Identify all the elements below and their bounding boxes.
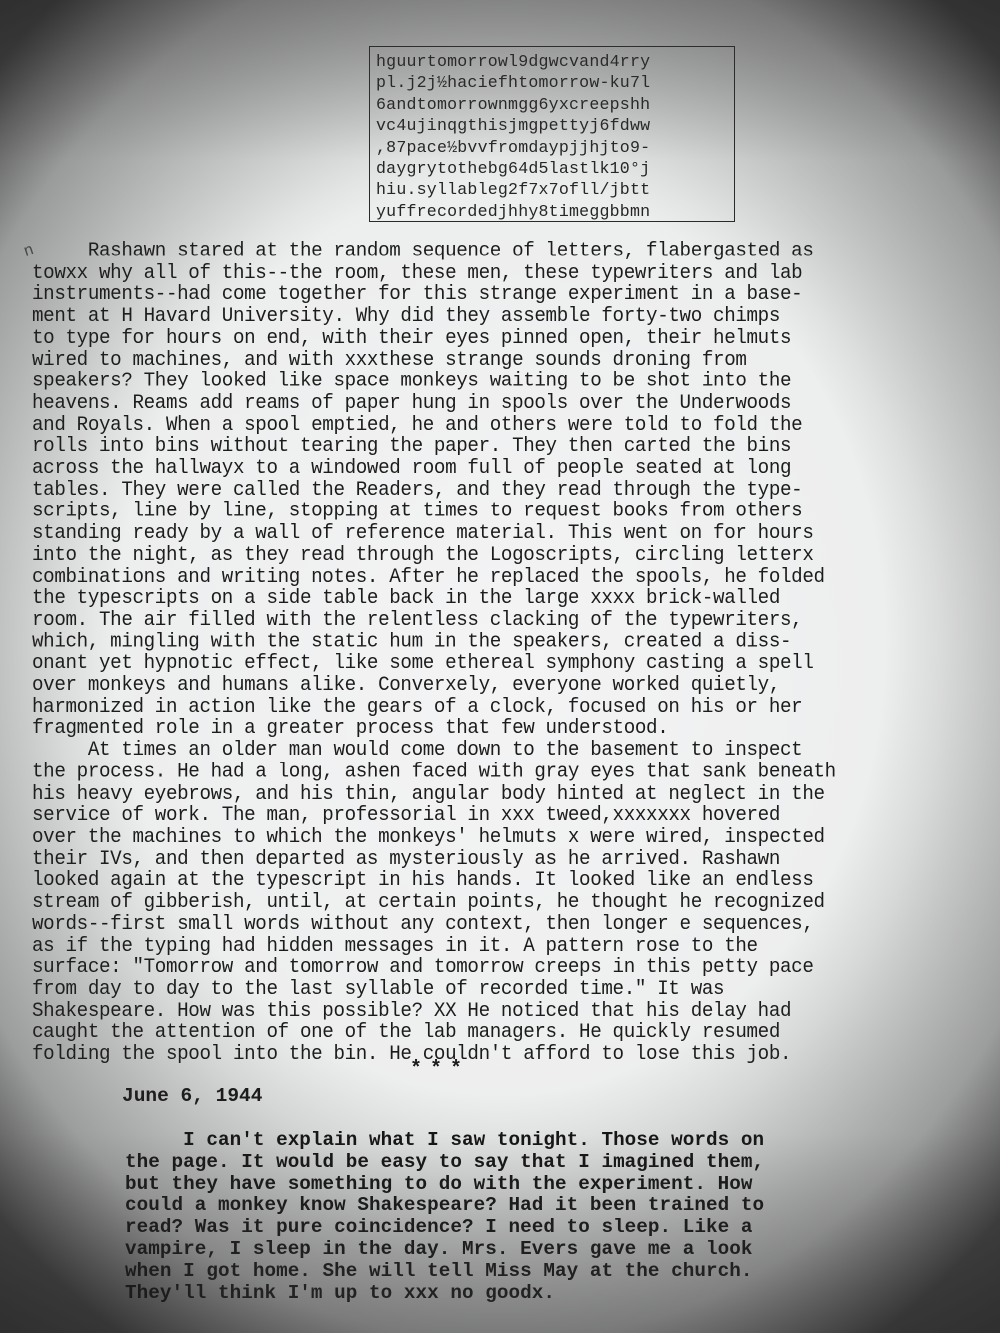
- body-text-line: wired to machines, and with xxxthese str…: [32, 349, 972, 372]
- diary-text-line: could a monkey know Shakespeare? Had it …: [125, 1195, 885, 1217]
- diary-text-line: but they have something to do with the e…: [125, 1174, 885, 1196]
- body-text-line: over monkeys and humans alike. Converxel…: [32, 674, 972, 697]
- body-text-line: from day to day to the last syllable of …: [32, 978, 972, 1001]
- body-text-line: surface: "Tomorrow and tomorrow and tomo…: [32, 956, 972, 979]
- diary-text-line: I can't explain what I saw tonight. Thos…: [125, 1130, 885, 1152]
- body-text-line: At times an older man would come down to…: [32, 739, 972, 762]
- body-text-line: his heavy eyebrows, and his thin, angula…: [32, 783, 972, 806]
- body-text-line: caught the attention of one of the lab m…: [32, 1021, 972, 1044]
- gibberish-typescript-box: hguurtomorrowl9dgwcvand4rry pl.j2j½hacie…: [369, 46, 735, 222]
- gibberish-line: hiu.syllableg2f7x7ofll/jbtt: [376, 179, 734, 200]
- diary-entry: I can't explain what I saw tonight. Thos…: [125, 1130, 885, 1304]
- body-text-line: the typescripts on a side table back in …: [32, 587, 972, 610]
- body-text-line: across the hallwayx to a windowed room f…: [32, 457, 972, 480]
- diary-text-line: vampire, I sleep in the day. Mrs. Evers …: [125, 1239, 885, 1261]
- diary-date: June 6, 1944: [122, 1085, 262, 1107]
- gibberish-line: hguurtomorrowl9dgwcvand4rry: [376, 51, 734, 72]
- gibberish-line: 6andtomorrownmgg6yxcreepshh: [376, 94, 734, 115]
- body-text-line: scripts, line by line, stopping at times…: [32, 500, 972, 523]
- section-break-asterisks: ***: [410, 1058, 470, 1081]
- narrative-body: Rashawn stared at the random sequence of…: [32, 240, 972, 1065]
- body-text-line: looked again at the typescript in his ha…: [32, 869, 972, 892]
- gibberish-line: vc4ujinqgthisjmgpettyj6fdww: [376, 115, 734, 136]
- body-text-line: heavens. Reams add reams of paper hung i…: [32, 392, 972, 415]
- body-text-line: Rashawn stared at the random sequence of…: [32, 240, 972, 263]
- gibberish-line: yuffrecordedjhhy8timeggbbmn: [376, 201, 734, 222]
- gibberish-line: pl.j2j½haciefhtomorrow-ku7l: [376, 72, 734, 93]
- body-text-line: stream of gibberish, until, at certain p…: [32, 891, 972, 914]
- body-text-line: instruments--had come together for this …: [32, 283, 972, 306]
- body-text-line: ment at H Havard University. Why did the…: [32, 305, 972, 328]
- body-text-line: rolls into bins without tearing the pape…: [32, 435, 972, 458]
- body-text-line: fragmented role in a greater process tha…: [32, 717, 972, 740]
- body-text-line: standing ready by a wall of reference ma…: [32, 522, 972, 545]
- body-text-line: speakers? They looked like space monkeys…: [32, 370, 972, 393]
- diary-text-line: when I got home. She will tell Miss May …: [125, 1261, 885, 1283]
- diary-text-line: They'll think I'm up to xxx no goodx.: [125, 1283, 885, 1305]
- gibberish-line: daygrytothebg64d5lastlk10°j: [376, 158, 734, 179]
- body-text-line: combinations and writing notes. After he…: [32, 566, 972, 589]
- gibberish-line: ,87pace½bvvfromdaypjjhjto9-: [376, 137, 734, 158]
- body-text-line: the process. He had a long, ashen faced …: [32, 761, 972, 784]
- body-text-line: words--first small words without any con…: [32, 913, 972, 936]
- body-text-line: folding the spool into the bin. He could…: [32, 1043, 972, 1066]
- diary-text-line: read? Was it pure coincidence? I need to…: [125, 1217, 885, 1239]
- body-text-line: room. The air filled with the relentless…: [32, 609, 972, 632]
- body-text-line: to type for hours on end, with their eye…: [32, 327, 972, 350]
- body-text-line: service of work. The man, professorial i…: [32, 804, 972, 827]
- body-text-line: over the machines to which the monkeys' …: [32, 826, 972, 849]
- body-text-line: into the night, as they read through the…: [32, 544, 972, 567]
- diary-text-line: the page. It would be easy to say that I…: [125, 1152, 885, 1174]
- body-text-line: onant yet hypnotic effect, like some eth…: [32, 652, 972, 675]
- body-text-line: as if the typing had hidden messages in …: [32, 935, 972, 958]
